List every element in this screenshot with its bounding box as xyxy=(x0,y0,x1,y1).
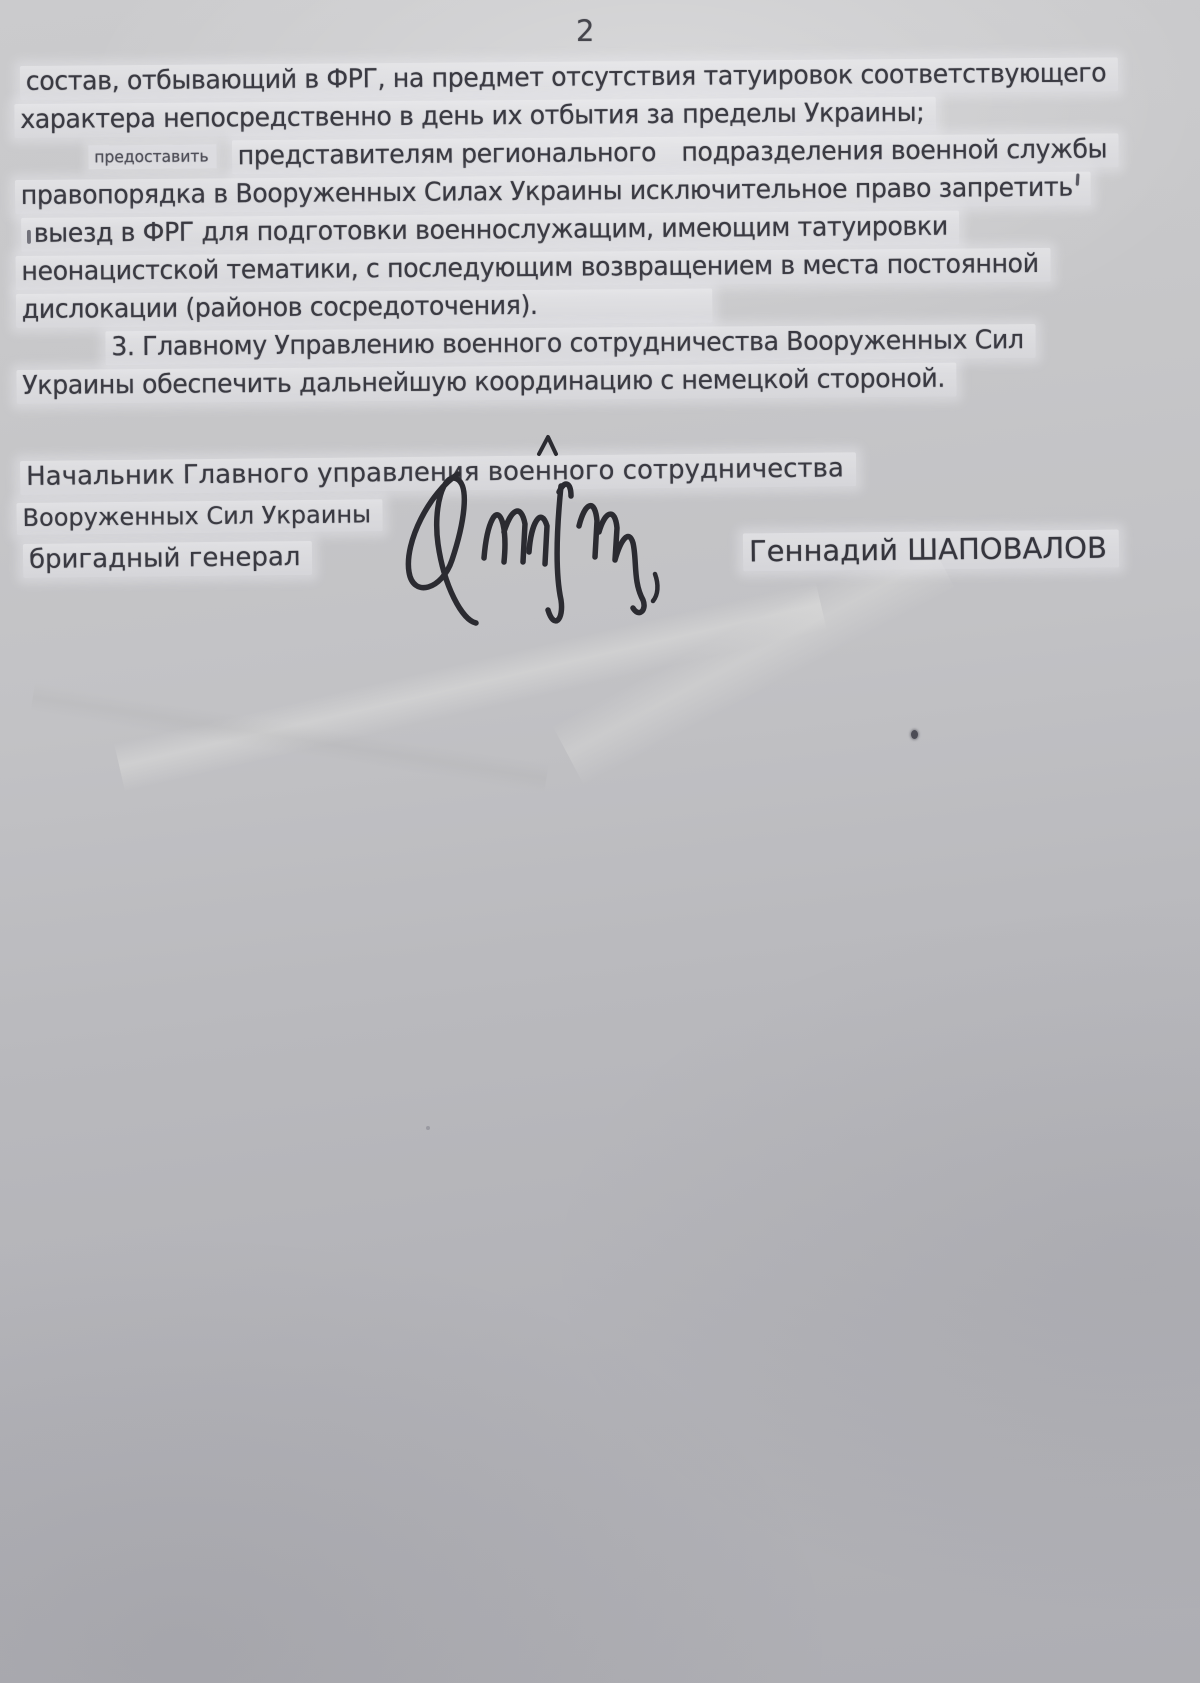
body-line-part: подразделения военной службы xyxy=(681,130,1107,171)
body-line-text: характера непосредственно в день их отбы… xyxy=(14,97,936,138)
ink-tick xyxy=(1076,174,1080,186)
signatory-position-line: Вооруженных Сил Украины xyxy=(16,500,383,532)
signatory-position-text: Вооруженных Сил Украины xyxy=(16,499,383,535)
ink-speck xyxy=(426,1126,430,1130)
signatory-rank-line: бригадный генерал xyxy=(23,542,313,575)
body-line-part: правопорядка в Вооруженных Силах Украины… xyxy=(21,173,1073,211)
document-body: состав, отбывающий в ФРГ, на предмет отс… xyxy=(14,54,1161,405)
ink-speck xyxy=(911,730,918,739)
paper-crease xyxy=(21,620,558,849)
inserted-word: предоставить xyxy=(88,144,216,169)
scanned-document-page: 2 состав, отбывающий в ФРГ, на предмет о… xyxy=(0,0,1200,1683)
signatory-name-text: Геннадий ШАПОВАЛОВ xyxy=(743,529,1119,571)
page-number: 2 xyxy=(576,14,594,48)
body-line-text: Украины обеспечить дальнейшую координаци… xyxy=(16,363,956,404)
ink-smudge xyxy=(27,230,31,244)
body-line: Украины обеспечить дальнейшую координаци… xyxy=(16,358,1161,405)
body-line-text: представителям региональногоподразделени… xyxy=(232,133,1119,174)
signatory-name: Геннадий ШАПОВАЛОВ xyxy=(743,530,1119,568)
handwritten-signature-icon xyxy=(388,430,688,640)
body-line-text: дислокации (районов сосредоточения). xyxy=(16,289,713,328)
body-line-part: выезд в ФРГ для подготовки военнослужащи… xyxy=(34,212,948,249)
body-line-part: представителям регионального xyxy=(238,138,657,171)
signatory-rank-text: бригадный генерал xyxy=(23,541,313,578)
